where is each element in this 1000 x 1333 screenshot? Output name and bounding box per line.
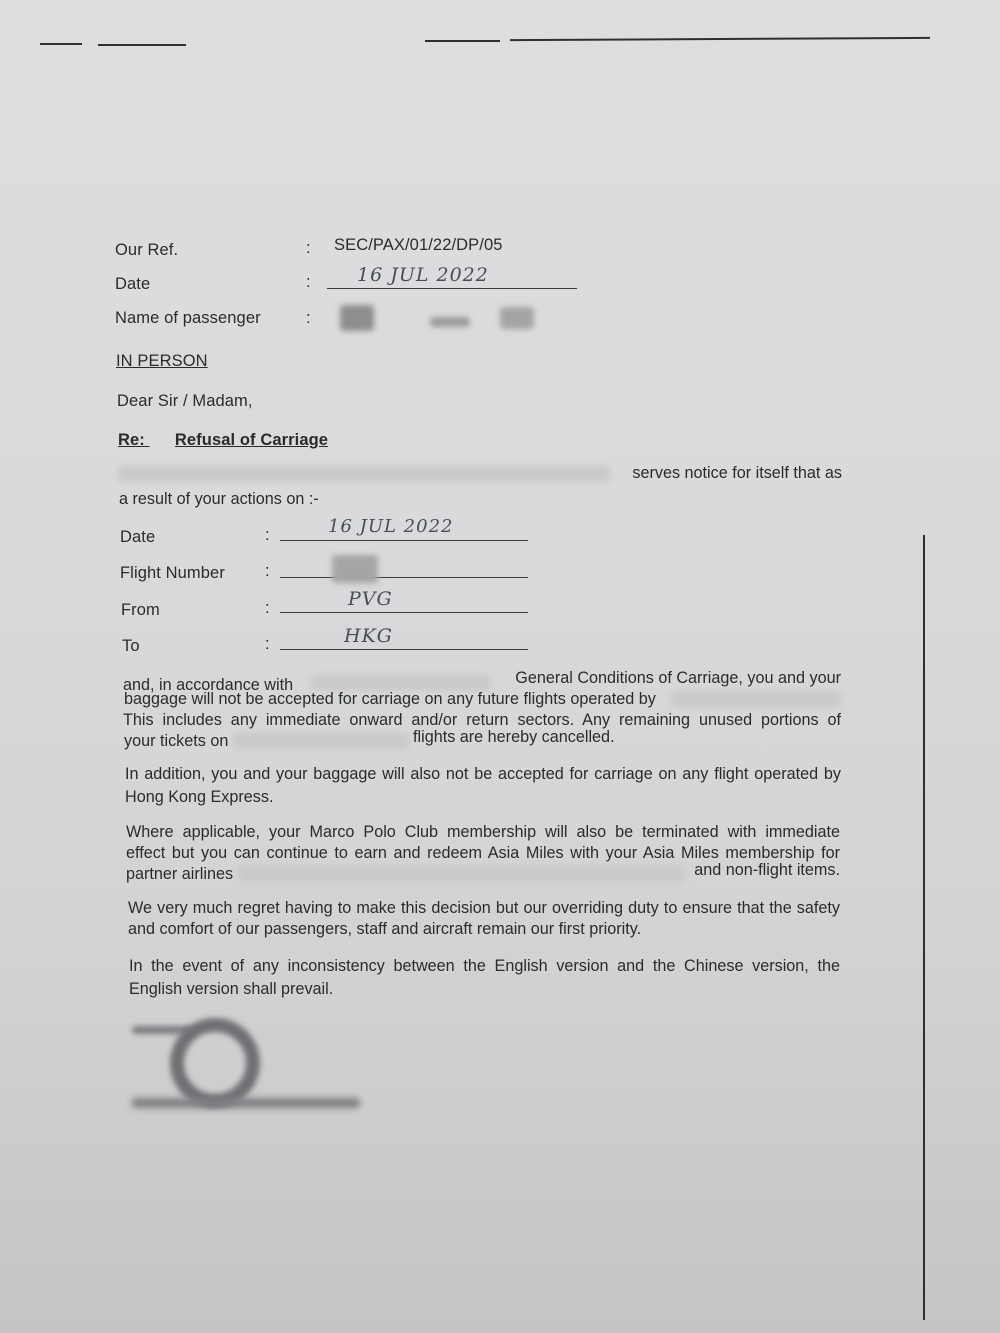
p3-l3b: and non-flight items. bbox=[694, 860, 840, 881]
subject-title: Refusal of Carriage bbox=[175, 431, 328, 449]
date-field: 16 JUL 2022 bbox=[327, 266, 577, 289]
p5-l2: English version shall prevail. bbox=[129, 979, 840, 1000]
p5-l1: In the event of any inconsistency betwee… bbox=[129, 956, 840, 977]
top-rule-fragment bbox=[98, 44, 186, 46]
flight-number-field bbox=[280, 557, 528, 578]
top-rule-fragment bbox=[40, 43, 82, 45]
p4-l2: and comfort of our passengers, staff and… bbox=[128, 919, 840, 940]
passenger-name-label: Name of passenger bbox=[115, 309, 261, 328]
to-label: To bbox=[122, 637, 140, 656]
redacted-company bbox=[233, 733, 409, 749]
p3-l1: Where applicable, your Marco Polo Club m… bbox=[126, 822, 840, 843]
p2-l2: Hong Kong Express. bbox=[125, 787, 841, 808]
redaction-block bbox=[430, 317, 470, 327]
p3-l3a: partner airlines bbox=[126, 864, 233, 885]
page-edge-line bbox=[923, 535, 925, 1320]
signature-caption-redacted bbox=[132, 1098, 360, 1108]
delivery-method: IN PERSON bbox=[116, 352, 208, 371]
paragraph-5: In the event of any inconsistency betwee… bbox=[129, 956, 840, 1000]
passenger-name-redacted bbox=[330, 303, 590, 333]
flight-number-label: Flight Number bbox=[120, 564, 225, 583]
intro-line-2: a result of your actions on :- bbox=[119, 490, 319, 509]
date-handwritten-value: 16 JUL 2022 bbox=[357, 264, 489, 286]
to-value: HKG bbox=[344, 625, 393, 647]
p1-l1b: General Conditions of Carriage, you and … bbox=[515, 668, 841, 689]
flight-number-redacted bbox=[332, 555, 378, 583]
incident-date-colon: : bbox=[265, 526, 270, 545]
date-colon: : bbox=[306, 273, 311, 292]
from-colon: : bbox=[265, 599, 270, 618]
company-name-redacted bbox=[118, 466, 610, 482]
incident-date-field: 16 JUL 2022 bbox=[280, 520, 528, 541]
intro-suffix: serves notice for itself that as bbox=[632, 464, 842, 483]
top-rule-fragment bbox=[510, 37, 930, 41]
subject-prefix: Re: bbox=[118, 431, 145, 449]
passenger-name-colon: : bbox=[306, 309, 311, 328]
logo-ring bbox=[170, 1018, 260, 1108]
ref-label: Our Ref. bbox=[115, 241, 178, 260]
from-value: PVG bbox=[348, 588, 393, 610]
redacted-company bbox=[671, 691, 841, 707]
paragraph-2: In addition, you and your baggage will a… bbox=[125, 764, 841, 808]
p1-l2: baggage will not be accepted for carriag… bbox=[124, 689, 656, 710]
redaction-block bbox=[500, 307, 534, 329]
from-label: From bbox=[121, 601, 160, 620]
subject-line: Re: Refusal of Carriage bbox=[118, 431, 328, 450]
ref-value: SEC/PAX/01/22/DP/05 bbox=[334, 236, 503, 255]
from-field: PVG bbox=[280, 592, 528, 613]
paragraph-3: Where applicable, your Marco Polo Club m… bbox=[126, 822, 840, 885]
salutation: Dear Sir / Madam, bbox=[117, 392, 253, 411]
paragraph-4: We very much regret having to make this … bbox=[128, 898, 840, 940]
date-label: Date bbox=[115, 275, 150, 294]
p4-l1: We very much regret having to make this … bbox=[128, 898, 840, 919]
incident-date-value: 16 JUL 2022 bbox=[328, 516, 454, 537]
p1-l4b: flights are hereby cancelled. bbox=[413, 727, 615, 748]
redacted-airlines bbox=[238, 866, 684, 882]
p2-l1: In addition, you and your baggage will a… bbox=[125, 764, 841, 785]
paragraph-1: and, in accordance with General Conditio… bbox=[123, 668, 841, 752]
flight-number-colon: : bbox=[265, 562, 270, 581]
incident-date-label: Date bbox=[120, 528, 155, 547]
intro-line-1: serves notice for itself that as bbox=[118, 464, 842, 483]
redaction-block bbox=[340, 305, 374, 331]
to-colon: : bbox=[265, 635, 270, 654]
p1-l4a: your tickets on bbox=[124, 731, 228, 752]
to-field: HKG bbox=[280, 629, 528, 650]
letter-page: Our Ref. : SEC/PAX/01/22/DP/05 Date : 16… bbox=[0, 0, 1000, 1333]
ref-colon: : bbox=[306, 239, 311, 258]
top-rule-fragment bbox=[425, 40, 500, 42]
